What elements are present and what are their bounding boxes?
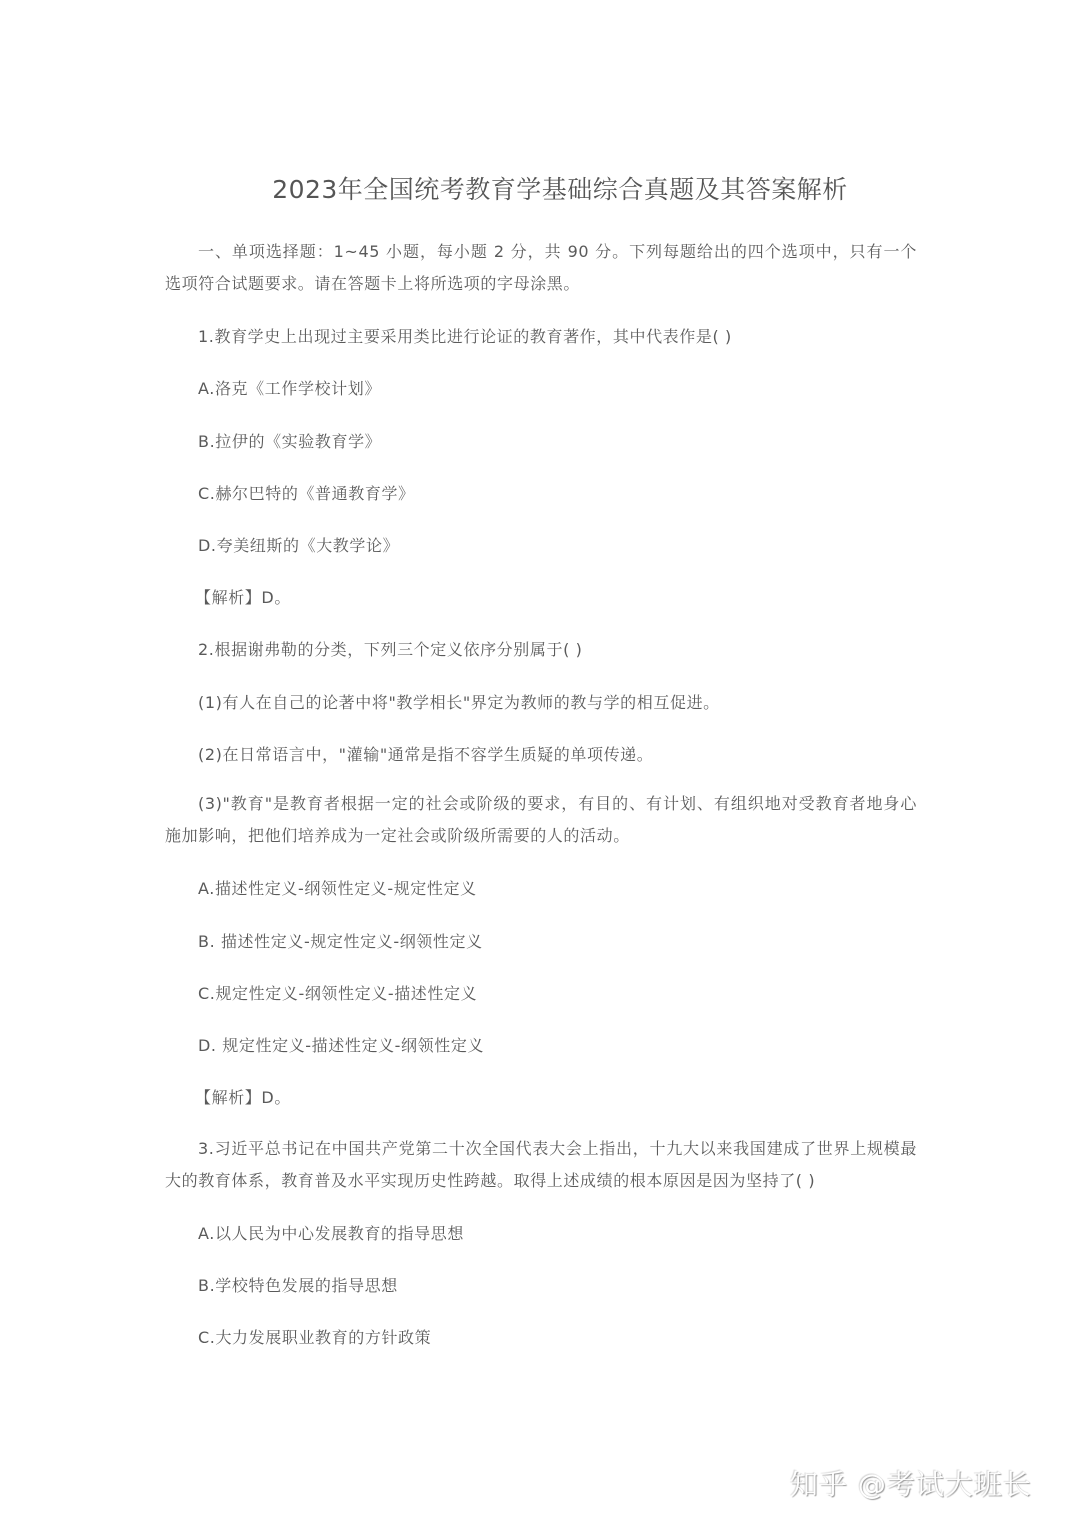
question-2-option-c: C.规定性定义-纲领性定义-描述性定义 — [198, 981, 477, 1004]
question-3-stem: 3.习近平总书记在中国共产党第二十次全国代表大会上指出，十九大以来我国建成了世界… — [165, 1133, 917, 1197]
question-3-option-a: A.以人民为中心发展教育的指导思想 — [198, 1221, 464, 1244]
question-2-statement-3: (3)"教育"是教育者根据一定的社会或阶级的要求，有目的、有计划、有组织地对受教… — [165, 788, 917, 852]
question-3-option-c: C.大力发展职业教育的方针政策 — [198, 1325, 431, 1348]
question-1-option-a: A.洛克《工作学校计划》 — [198, 376, 381, 399]
question-1-option-d: D.夸美纽斯的《大教学论》 — [198, 533, 399, 556]
question-2-stem: 2.根据谢弗勒的分类，下列三个定义依序分别属于( ) — [198, 637, 582, 660]
question-2-option-d: D. 规定性定义-描述性定义-纲领性定义 — [198, 1033, 484, 1056]
question-2-option-a: A.描述性定义-纲领性定义-规定性定义 — [198, 876, 477, 899]
question-2-statement-1: (1)有人在自己的论著中将"教学相长"界定为教师的教与学的相互促进。 — [198, 690, 720, 713]
document-page: 2023年全国统考教育学基础综合真题及其答案解析 一、单项选择题：1~45 小题… — [0, 0, 1080, 1527]
question-1-stem: 1.教育学史上出现过主要采用类比进行论证的教育著作，其中代表作是( ) — [198, 324, 732, 347]
question-2-analysis: 【解析】D。 — [195, 1085, 291, 1108]
question-2-option-b: B. 描述性定义-规定性定义-纲领性定义 — [198, 929, 483, 952]
question-1-option-b: B.拉伊的《实验教育学》 — [198, 429, 381, 452]
question-1-option-c: C.赫尔巴特的《普通教育学》 — [198, 481, 415, 504]
question-2-statement-2: (2)在日常语言中，"灌输"通常是指不容学生质疑的单项传递。 — [198, 742, 653, 765]
section-intro: 一、单项选择题：1~45 小题，每小题 2 分，共 90 分。下列每题给出的四个… — [165, 236, 917, 300]
page-title: 2023年全国统考教育学基础综合真题及其答案解析 — [0, 170, 1080, 206]
question-1-analysis: 【解析】D。 — [195, 585, 291, 608]
question-3-option-b: B.学校特色发展的指导思想 — [198, 1273, 398, 1296]
zhihu-watermark: 知乎 @考试大班长 — [790, 1463, 1032, 1503]
